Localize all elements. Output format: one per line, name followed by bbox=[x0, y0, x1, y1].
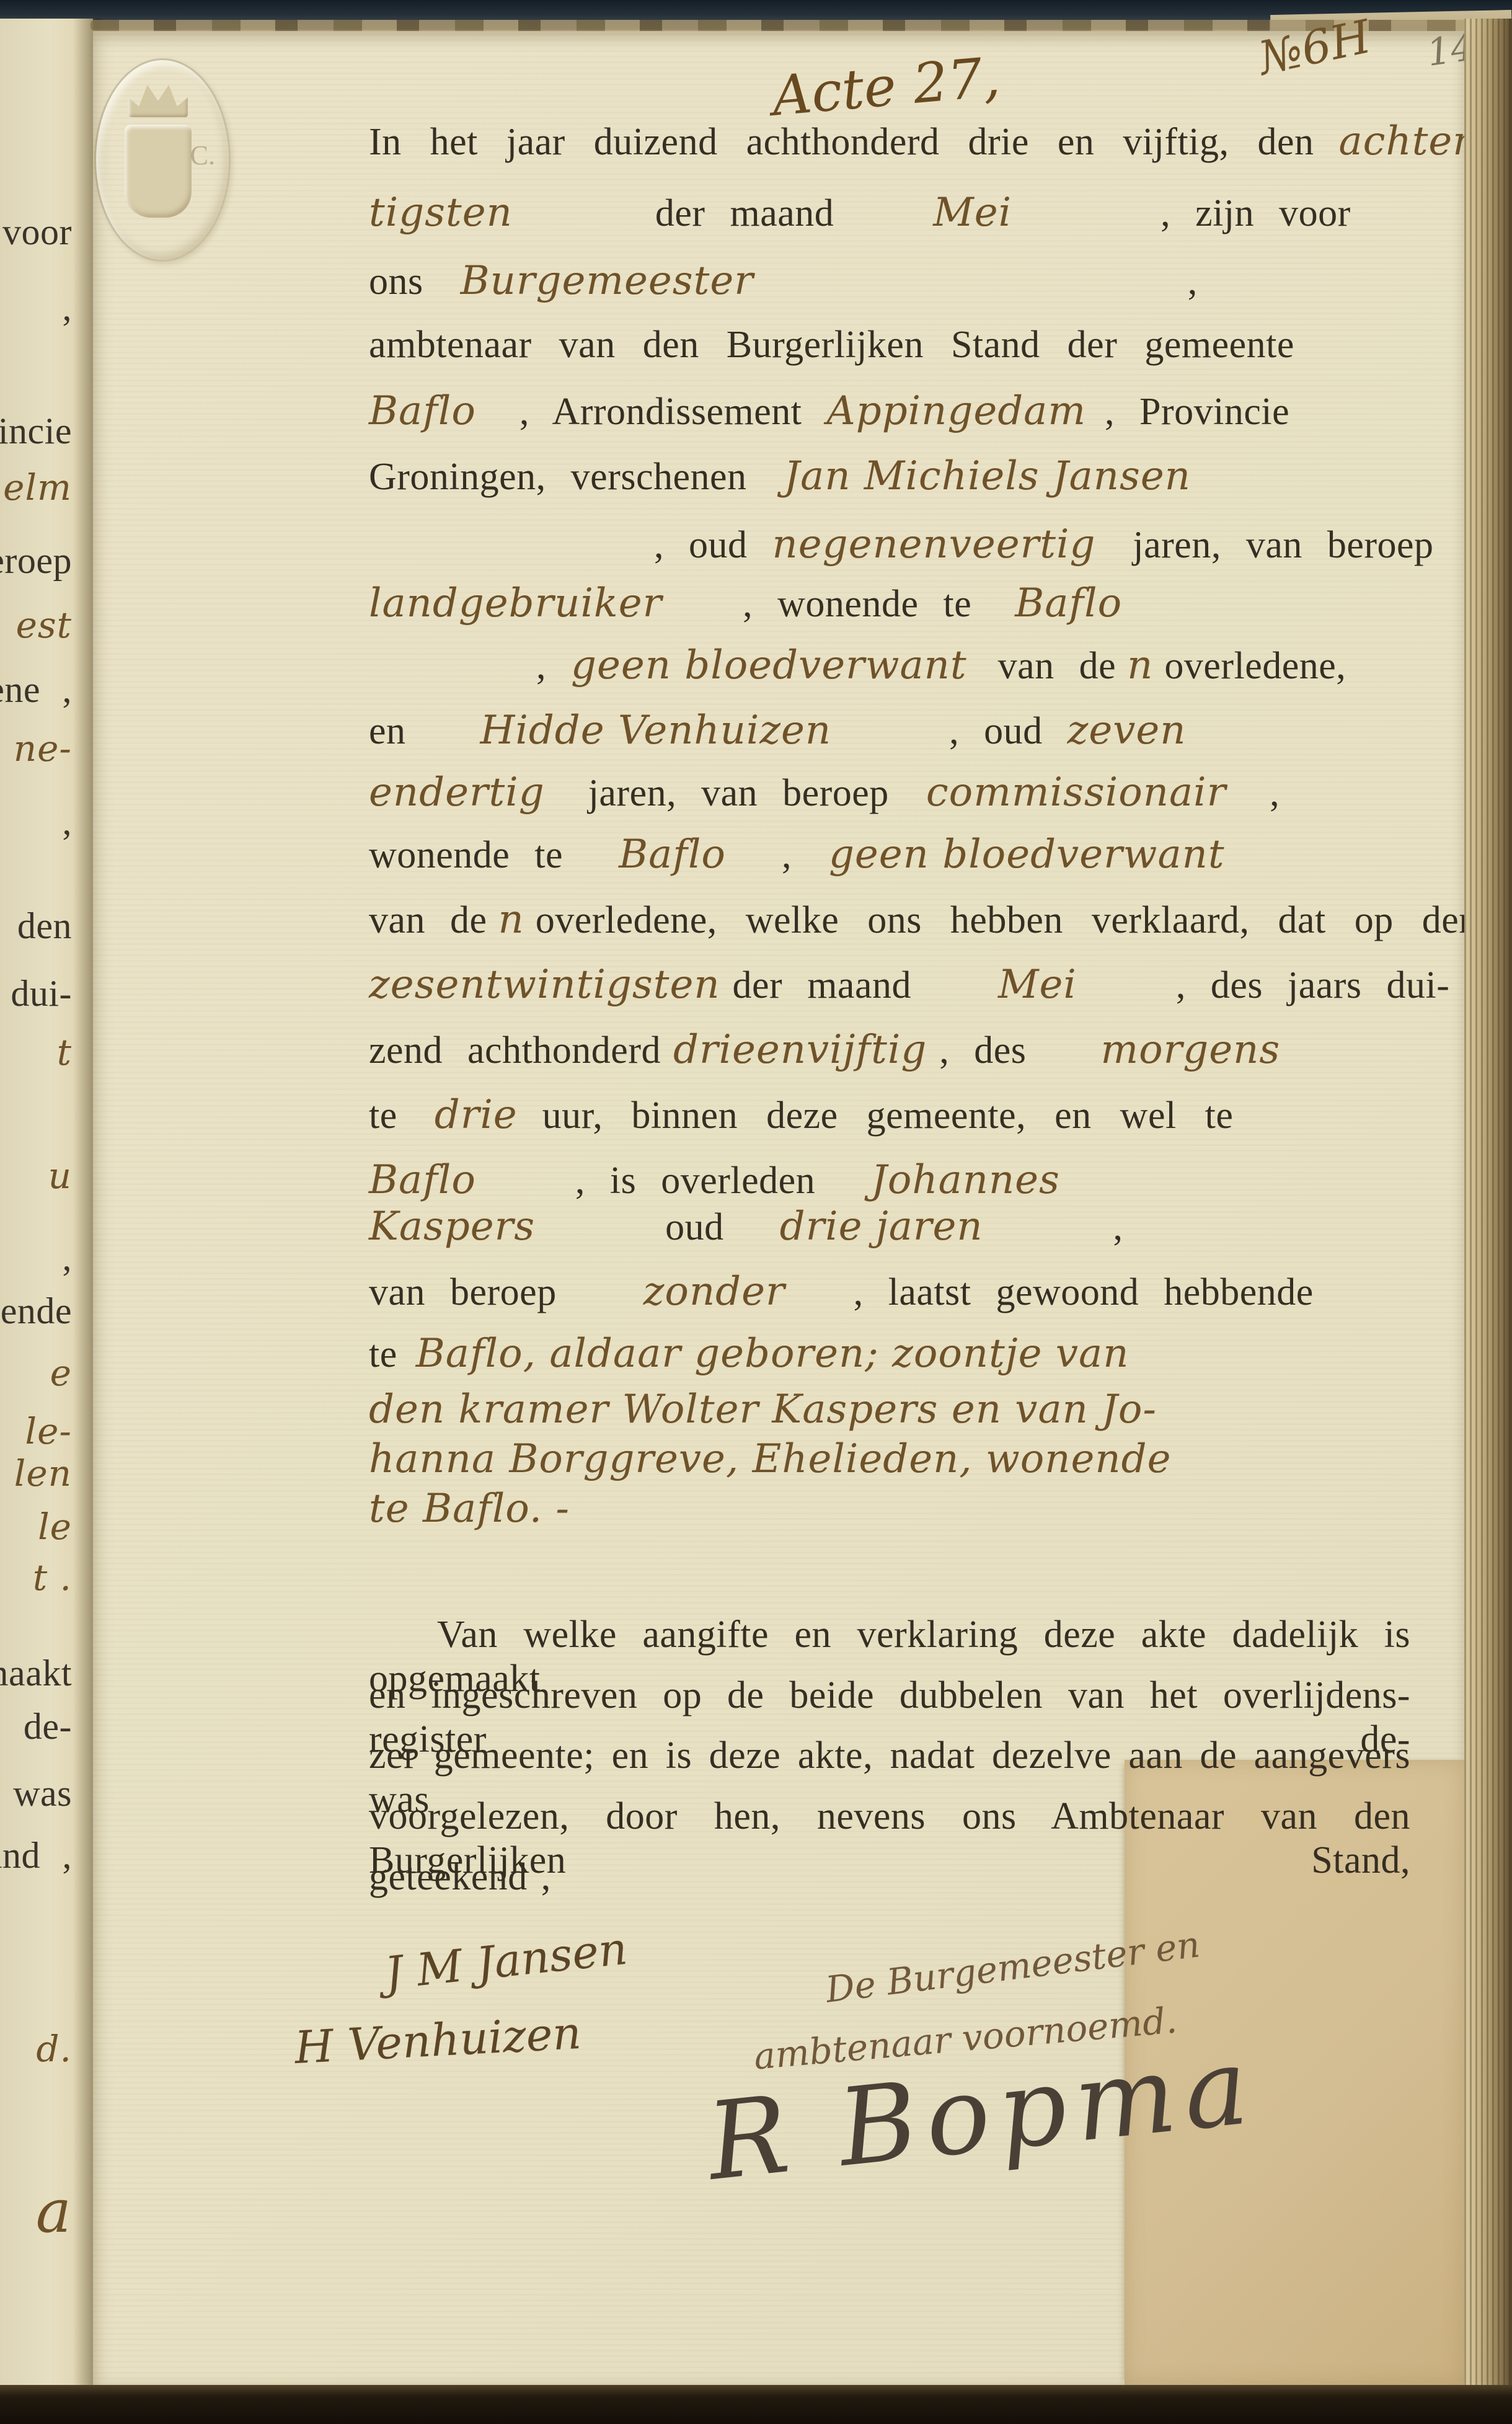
handwritten-entry: den kramer Wolter Kaspers en van Jo- bbox=[369, 1387, 1157, 1432]
printed-form-text: overledene, welke ons hebben verklaard, … bbox=[536, 899, 1479, 941]
handwritten-entry: te Baflo. - bbox=[369, 1486, 570, 1532]
previous-page-fragment: u bbox=[48, 1155, 72, 1197]
handwritten-entry: commissionair bbox=[926, 770, 1226, 815]
closing-line: geteekend , bbox=[369, 1855, 1410, 1899]
handwritten-entry: Mei bbox=[933, 190, 1012, 236]
printed-form-text: ambtenaar van den Burgerlijken Stand der… bbox=[369, 324, 1294, 366]
handwritten-entry: Johannes bbox=[871, 1157, 1060, 1203]
printed-form-text: , laatst gewoond hebbende bbox=[854, 1271, 1314, 1313]
printed-form-text: , bbox=[536, 645, 546, 687]
body-line: van denoverledene, welke ons hebben verk… bbox=[369, 897, 1479, 943]
printed-form-text: , bbox=[782, 834, 792, 876]
handwritten-entry: Baflo bbox=[1015, 580, 1122, 626]
handwritten-entry: endertig bbox=[369, 770, 545, 815]
body-line: den kramer Wolter Kaspers en van Jo- bbox=[369, 1387, 1157, 1432]
printed-form-text: , is overleden bbox=[575, 1160, 815, 1202]
previous-page-fragment: le- bbox=[25, 1410, 72, 1452]
handwritten-entry: Kaspers bbox=[369, 1204, 535, 1250]
printed-form-text: der maand bbox=[655, 192, 834, 234]
previous-page-fragment: , bbox=[63, 286, 73, 329]
printed-form-text: , Provincie bbox=[1105, 391, 1289, 433]
printed-form-text: , oud bbox=[654, 524, 748, 566]
body-line: Kaspersouddrie jaren, bbox=[369, 1204, 1123, 1250]
previous-page-fragment: t bbox=[57, 1031, 72, 1073]
printed-form-text: , zijn voor bbox=[1161, 192, 1351, 234]
handwritten-entry: drie jaren bbox=[780, 1204, 983, 1250]
handwritten-entry: n bbox=[498, 897, 524, 943]
printed-form-text: en bbox=[369, 710, 406, 752]
previous-page-fragment: tand , bbox=[0, 1834, 72, 1877]
handwritten-entry: zesentwintigsten bbox=[369, 962, 720, 1008]
seal-crown-icon bbox=[128, 81, 188, 117]
handwritten-entry: zeven bbox=[1068, 708, 1187, 753]
handwritten-entry: n bbox=[1127, 642, 1153, 688]
printed-form-text: jaren, van beroep bbox=[1133, 524, 1433, 566]
previous-page-fragment: a bbox=[36, 2177, 72, 2246]
previous-page-fragment: bende bbox=[0, 1290, 72, 1333]
handwritten-entry: Burgemeester bbox=[461, 258, 754, 304]
printed-form-text: jaren, van beroep bbox=[588, 772, 889, 814]
scanned-death-record-page: n voor,rovincieelmberoepestedene ,ne-,p … bbox=[0, 0, 1512, 2424]
handwritten-entry: Baflo bbox=[369, 388, 476, 434]
printed-form-text: , des bbox=[939, 1029, 1026, 1072]
body-line: van beroepzonder, laatst gewoond hebbend… bbox=[369, 1269, 1314, 1315]
previous-page-fragment: le bbox=[38, 1506, 72, 1548]
embossed-tax-seal: C. bbox=[94, 58, 231, 262]
body-line: zesentwintigstender maandMei, des jaars … bbox=[369, 962, 1449, 1008]
printed-form-text: van beroep bbox=[369, 1271, 557, 1313]
page-top-deckle-edge bbox=[91, 20, 1467, 31]
handwritten-entry: Hidde Venhuizen bbox=[480, 708, 832, 753]
body-line: tedrieuur, binnen deze gemeente, en wel … bbox=[369, 1092, 1233, 1138]
body-line: ,geen bloedverwantvan denoverledene, bbox=[369, 642, 1346, 688]
signature-declarant-2: H Venhuizen bbox=[293, 2007, 582, 2074]
previous-page-fragment: d. bbox=[36, 2028, 72, 2070]
handwritten-entry: Mei bbox=[998, 962, 1077, 1008]
previous-page-fragment: elm bbox=[3, 466, 72, 508]
previous-page-fragment: n voor bbox=[0, 211, 72, 254]
printed-form-text: van de bbox=[369, 899, 487, 941]
printed-form-text: uur, binnen deze gemeente, en wel te bbox=[542, 1094, 1234, 1137]
printed-form-text: In het jaar duizend achthonderd drie en … bbox=[369, 121, 1314, 163]
previous-page-fragment: e bbox=[50, 1352, 72, 1394]
previous-page-fragment: est bbox=[16, 604, 72, 646]
previous-page-fragment: , bbox=[63, 1236, 73, 1279]
body-line: ambtenaar van den Burgerlijken Stand der… bbox=[369, 323, 1294, 367]
book-fore-edge bbox=[1464, 19, 1512, 2404]
handwritten-entry: hanna Borggreve, Ehelieden, wonende bbox=[369, 1436, 1171, 1482]
body-line: endertigjaren, van beroepcommissionair, bbox=[369, 770, 1280, 815]
body-line: zend achthonderddrieenvijftig, desmorgen… bbox=[369, 1027, 1280, 1073]
previous-page-fragment: ne- bbox=[14, 727, 72, 770]
body-line: te Baflo. - bbox=[369, 1486, 570, 1532]
handwritten-entry: zonder bbox=[643, 1269, 785, 1315]
previous-page-fragment: beroep bbox=[0, 539, 72, 582]
printed-form-text: , Arrondissement bbox=[519, 391, 802, 433]
handwritten-entry: Baflo, aldaar geboren; zoontje van bbox=[416, 1331, 1130, 1377]
seal-shield-icon bbox=[125, 125, 192, 218]
body-line: hanna Borggreve, Ehelieden, wonende bbox=[369, 1436, 1171, 1482]
printed-form-text: Groningen, verschenen bbox=[369, 456, 747, 498]
body-line: onsBurgemeester, bbox=[369, 258, 1198, 304]
printed-form-text: , bbox=[1113, 1206, 1123, 1248]
signature-declarant-1: J M Jansen bbox=[382, 1922, 630, 2000]
printed-form-text: , oud bbox=[949, 710, 1043, 752]
body-line: Groningen, verschenenJan Michiels Jansen bbox=[369, 453, 1191, 499]
previous-page-fragment: p den bbox=[0, 905, 72, 948]
handwritten-entry: drie bbox=[435, 1092, 518, 1138]
previous-page-fragment: was bbox=[13, 1772, 72, 1815]
handwritten-entry: Appingedam bbox=[827, 388, 1087, 434]
printed-form-text: van de bbox=[998, 645, 1116, 687]
printed-form-text: te bbox=[369, 1333, 397, 1375]
previous-page-fragment: rovincie bbox=[0, 410, 72, 453]
previous-page-fragment: edene , bbox=[0, 668, 72, 711]
handwritten-entry: drieenvijftig bbox=[673, 1027, 927, 1073]
printed-form-text: te bbox=[369, 1094, 397, 1137]
printed-form-text: overledene, bbox=[1164, 645, 1346, 687]
record-page: C. Acte 27, №6H 14 In het jaar duizend a… bbox=[93, 30, 1464, 2385]
body-line: Baflo, is overledenJohannes bbox=[369, 1157, 1060, 1203]
body-line: Baflo, ArrondissementAppingedam, Provinc… bbox=[369, 388, 1289, 434]
binding-background-bottom bbox=[0, 2385, 1512, 2424]
printed-form-text: oud bbox=[665, 1206, 724, 1248]
printed-form-text: der maand bbox=[733, 964, 911, 1006]
handwritten-entry: landgebruiker bbox=[369, 580, 662, 626]
printed-form-text: , des jaars dui- bbox=[1176, 964, 1450, 1006]
handwritten-entry: geen bloedverwant bbox=[571, 642, 967, 688]
previous-page-fragment: de- bbox=[24, 1705, 72, 1748]
handwritten-entry: morgens bbox=[1100, 1027, 1280, 1073]
handwritten-entry: Baflo bbox=[619, 832, 726, 877]
previous-page-fragment: , bbox=[63, 801, 73, 843]
act-number-heading: Acte 27, bbox=[769, 45, 1002, 128]
previous-page-fragment: maakt bbox=[0, 1652, 72, 1695]
handwritten-entry: Baflo bbox=[369, 1157, 476, 1203]
body-line: landgebruiker, wonende teBaflo bbox=[369, 580, 1122, 626]
printed-form-text: , wonende te bbox=[743, 583, 971, 625]
body-line: tigstender maandMei, zijn voor bbox=[369, 190, 1351, 236]
handwritten-entry: geen bloedverwant bbox=[829, 832, 1225, 877]
previous-page-fragment: s dui- bbox=[0, 972, 72, 1015]
body-line: In het jaar duizend achthonderd drie en … bbox=[369, 118, 1512, 164]
body-line: enHidde Venhuizen, oudzeven bbox=[369, 708, 1186, 753]
handwritten-entry: negenenveertig bbox=[772, 522, 1096, 567]
body-line: teBaflo, aldaar geboren; zoontje van bbox=[369, 1331, 1129, 1377]
printed-form-text: wonende te bbox=[369, 834, 563, 876]
body-line: , oudnegenenveertigjaren, van beroep bbox=[369, 522, 1434, 567]
printed-form-text: , bbox=[1270, 772, 1280, 814]
printed-form-text: , bbox=[1188, 260, 1198, 303]
handwritten-entry: tigsten bbox=[369, 190, 513, 236]
previous-page-fragment: t . bbox=[33, 1556, 72, 1599]
body-line: wonende teBaflo,geen bloedverwant bbox=[369, 832, 1225, 877]
seal-letter: C. bbox=[190, 140, 215, 171]
printed-form-text: zend achthonderd bbox=[369, 1029, 661, 1072]
previous-page-fragment: len bbox=[14, 1452, 72, 1494]
handwritten-entry: Jan Michiels Jansen bbox=[784, 453, 1191, 499]
printed-form-text: ons bbox=[369, 260, 423, 303]
